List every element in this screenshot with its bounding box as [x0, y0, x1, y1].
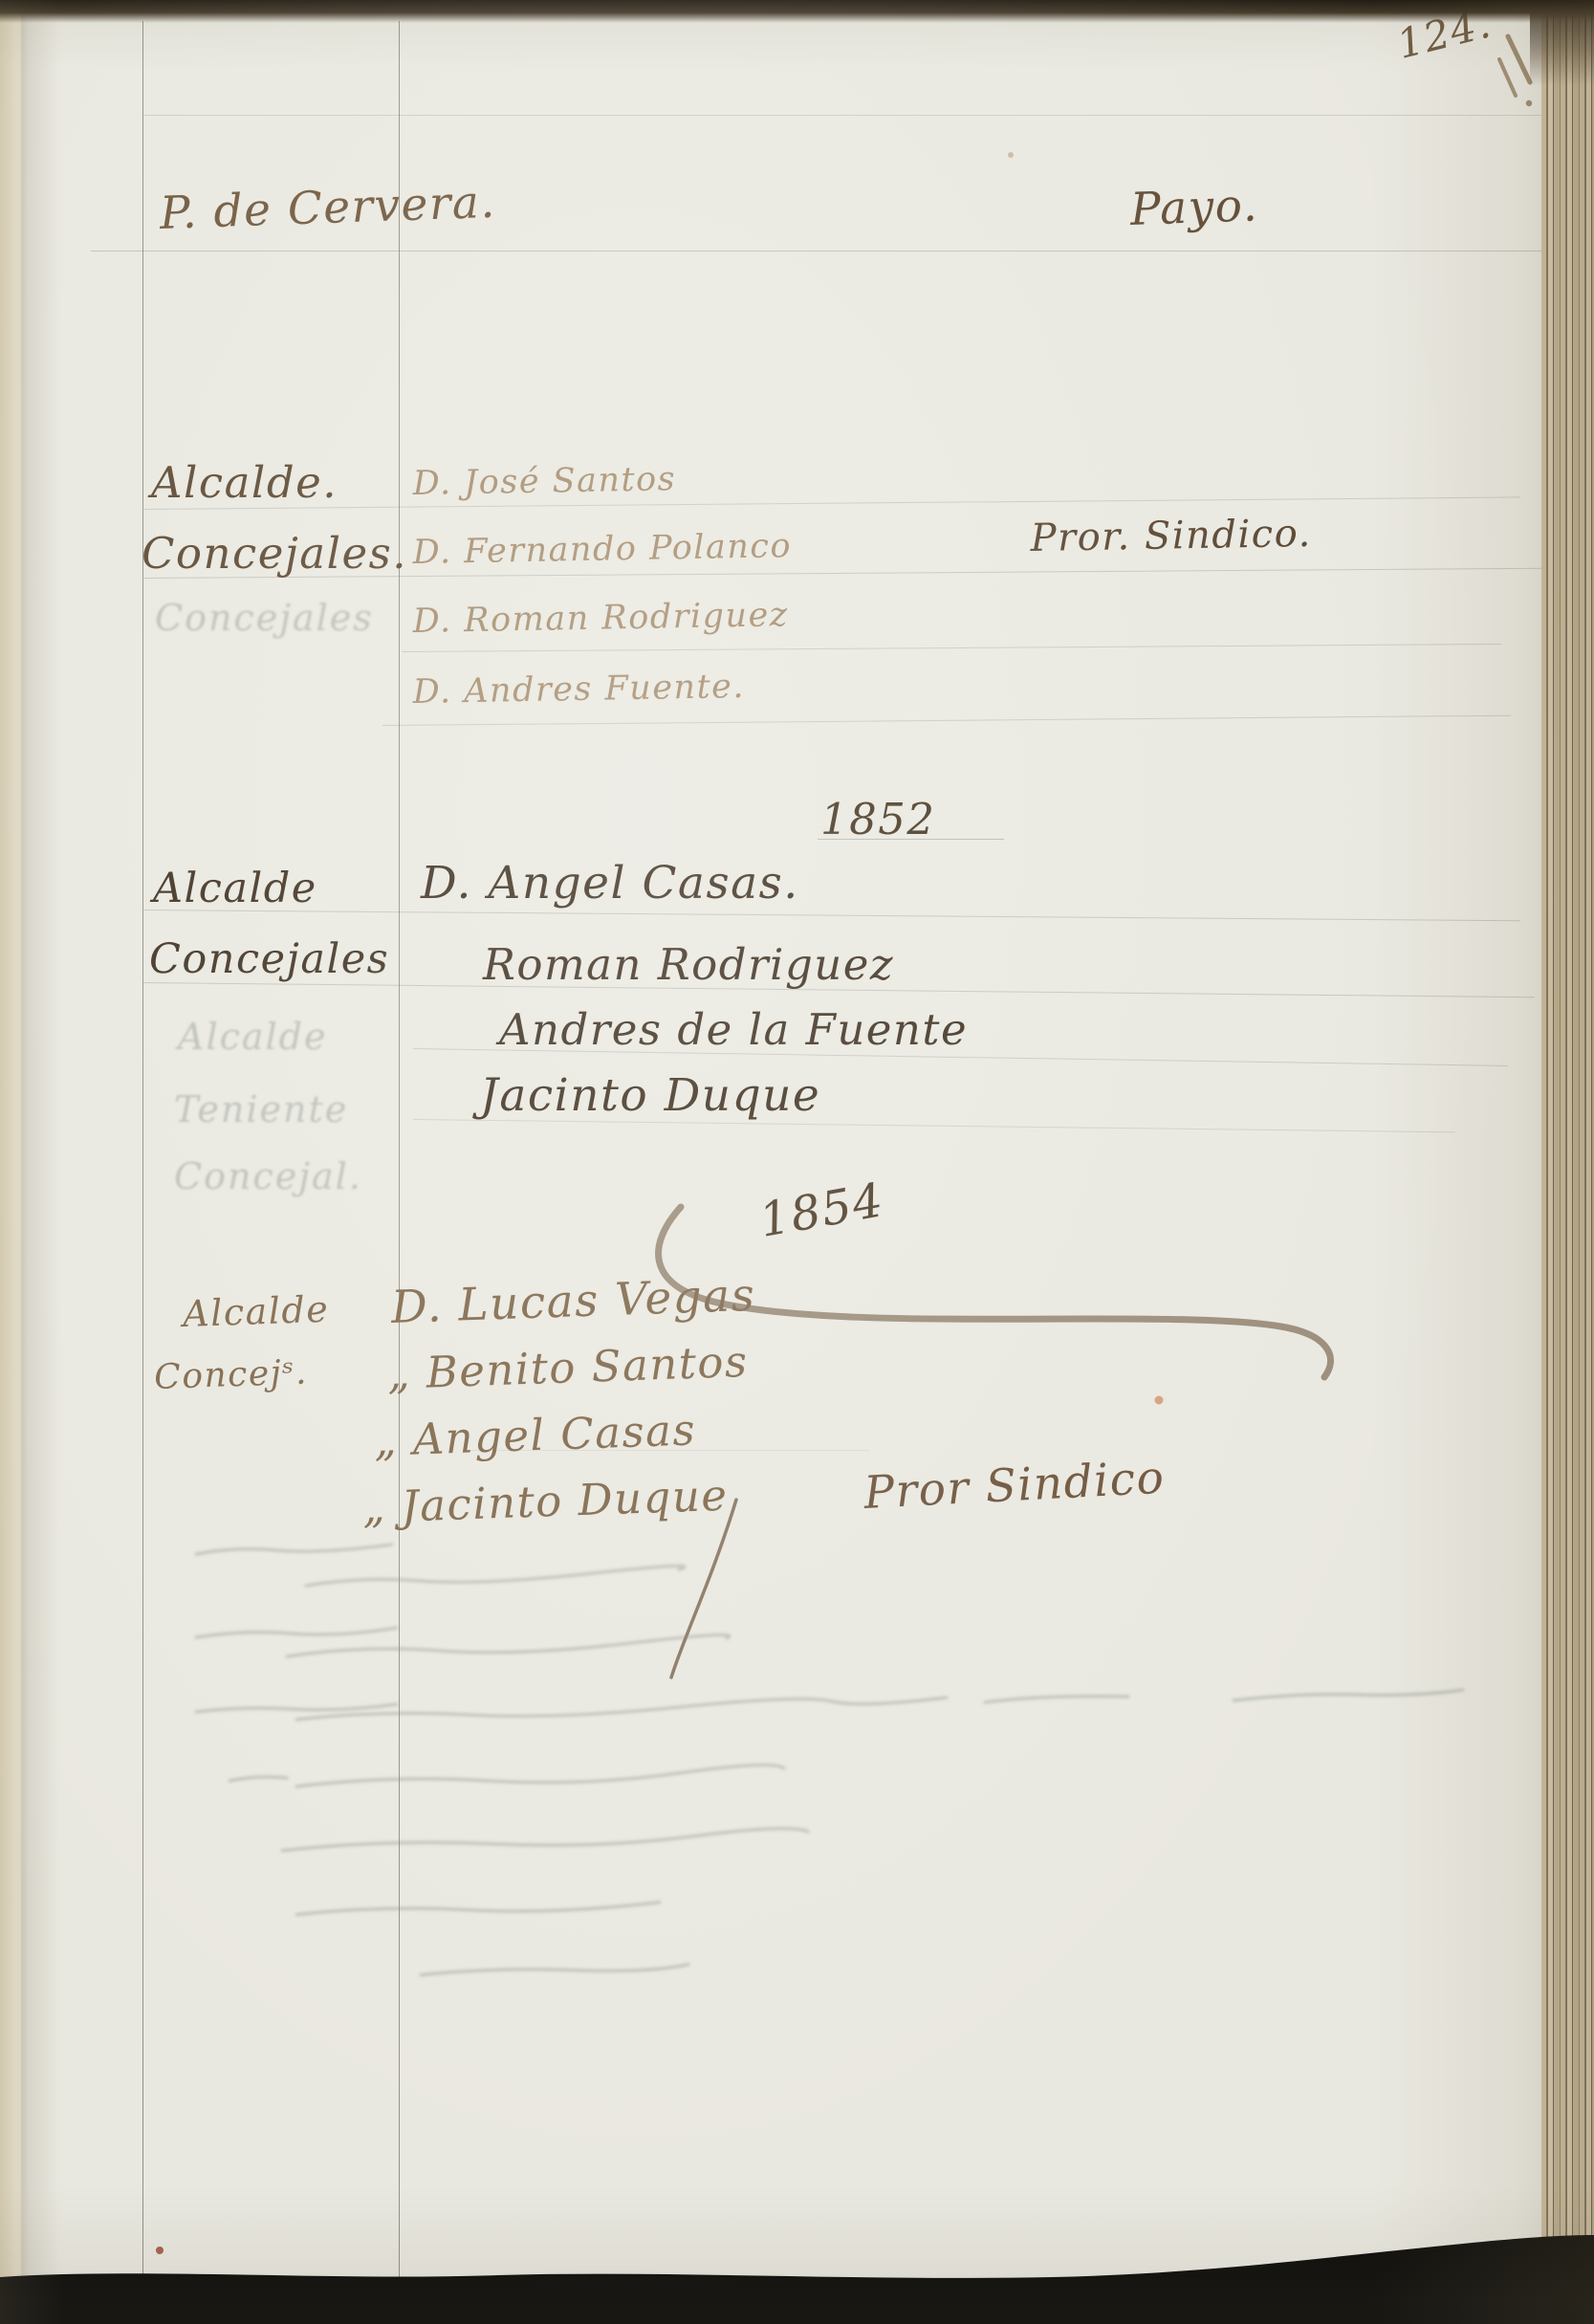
scan-edge-bottom	[0, 2233, 1594, 2324]
flourish-stroke	[659, 1207, 1331, 1377]
entry-label: Concejales.	[142, 528, 407, 579]
entry-label: Concejˢ.	[154, 1352, 309, 1397]
orange-speck	[1155, 1396, 1164, 1405]
ghost-label: Concejal.	[174, 1155, 362, 1197]
entry-name: Roman Rodriguez	[483, 939, 894, 990]
ruled-line	[143, 496, 1520, 510]
entry-note: Pror. Sindico.	[1030, 512, 1312, 560]
manuscript-page: 124. P. de Cervera. Payo. Alcalde. D. Jo…	[0, 0, 1594, 2324]
entry-name: D. Fernando Polanco	[412, 527, 792, 572]
ghost-label: Teniente	[174, 1088, 348, 1130]
ghost-label: Alcalde	[178, 1016, 328, 1058]
ruled-line	[143, 910, 1520, 921]
entry-name: D. Lucas Vegas	[390, 1269, 756, 1334]
entry-label: Alcalde	[153, 865, 317, 912]
pen-mark	[1508, 36, 1530, 82]
ruled-line	[402, 644, 1501, 652]
ruled-line	[91, 251, 1583, 252]
paper-speck	[1008, 152, 1014, 158]
year-heading-1852: 1852	[820, 794, 936, 844]
red-speck	[156, 2247, 164, 2254]
ghost-label: Concejales	[155, 597, 374, 639]
ruled-line	[143, 115, 1583, 116]
margin-line-left	[142, 21, 143, 2286]
ruled-line	[382, 715, 1511, 726]
pen-dot	[1526, 100, 1532, 106]
book-edge-top	[0, 0, 1594, 23]
entry-name: Jacinto Duque	[480, 1069, 820, 1122]
entry-name: D. Andres Fuente.	[412, 668, 745, 712]
entry-name: Andres de la Fuente	[499, 1004, 968, 1055]
entry-name: „ Angel Casas	[373, 1404, 697, 1466]
ghost-bleedthrough	[196, 1545, 1463, 1975]
page-edge-left-shadow	[21, 0, 59, 2324]
descender-stroke	[671, 1500, 736, 1677]
margin-line-inner	[399, 21, 400, 2286]
entry-name: „ Benito Santos	[386, 1336, 749, 1399]
page-edge-stack-right	[1541, 0, 1594, 2324]
year-heading-1854: 1854	[755, 1173, 888, 1248]
entry-note: Pror Sindico	[863, 1452, 1166, 1520]
entry-name: D. Angel Casas.	[421, 857, 799, 910]
entry-name: D. José Santos	[412, 460, 676, 503]
entry-label: Alcalde.	[151, 457, 338, 508]
entry-label: Concejales	[149, 935, 389, 983]
entry-name: „ Jacinto Duque	[361, 1470, 729, 1533]
entry-name: D. Roman Rodriguez	[412, 596, 789, 641]
header-town: Payo.	[1129, 179, 1259, 236]
header-district: P. de Cervera.	[159, 176, 497, 240]
pen-mark	[1499, 59, 1516, 96]
entry-label: Alcalde	[182, 1288, 329, 1335]
